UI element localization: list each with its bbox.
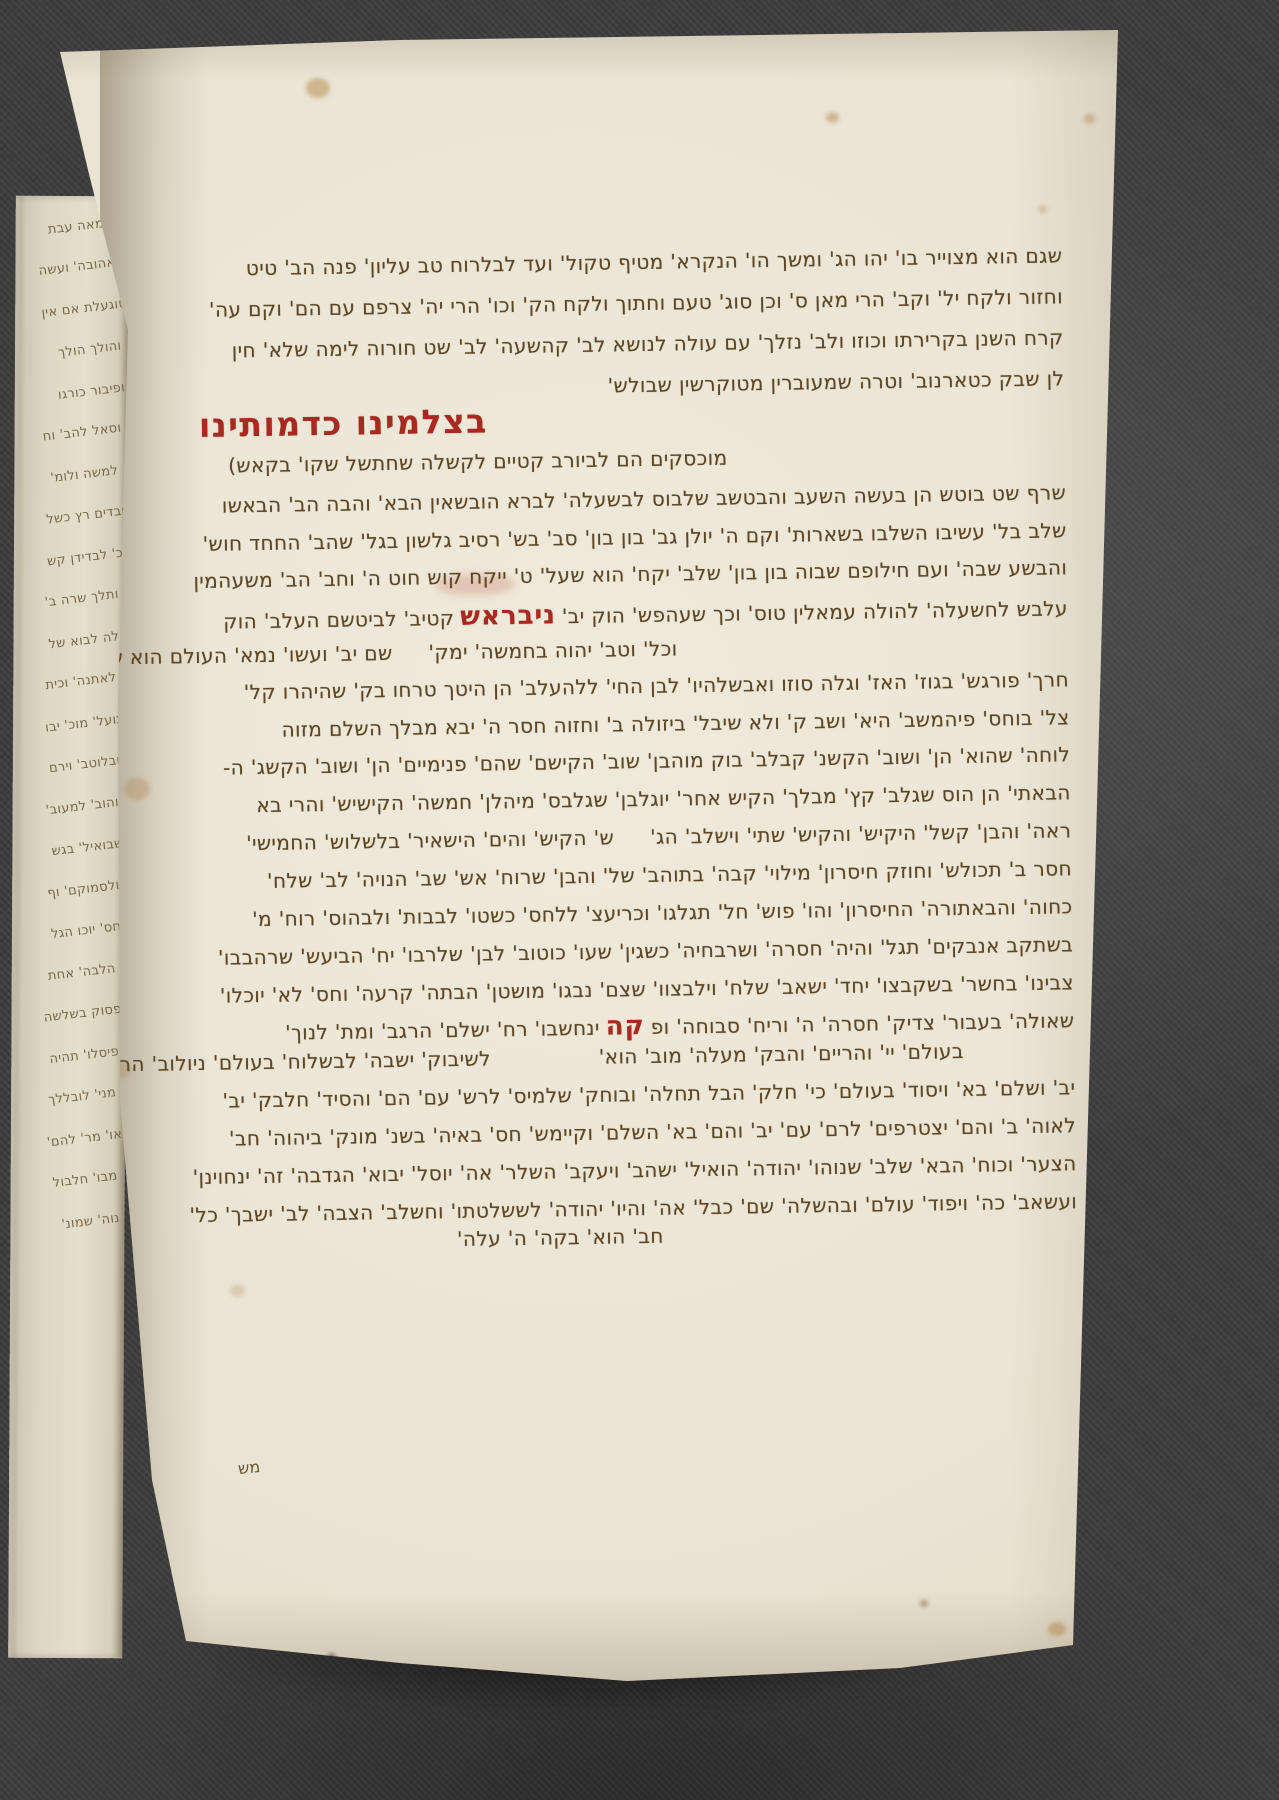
marginal-text-fragment: לאתנה' וכית xyxy=(44,670,116,693)
foxing-stain xyxy=(1084,114,1095,124)
text-line: מוכסקים הם לביורב קטיים לקשלה שחתשל שקו'… xyxy=(228,446,728,478)
marginal-text-fragment: והוב' למעוב' xyxy=(45,795,120,818)
marginal-text-fragment: פסוק בשלשה xyxy=(43,1002,122,1026)
rubric-word: קה xyxy=(599,1011,650,1042)
text-line: חסר ב' תכולש' וחוזק חיסרון' מילוי' קבה' … xyxy=(267,856,1072,893)
foxing-stain xyxy=(1038,205,1047,213)
marginal-text-fragment: שבואיל' בגש xyxy=(50,836,124,859)
marginal-text-fragment: כ' לבדידן קש xyxy=(46,546,124,570)
line-segment: עלבש לחשעלה' להולה עמאלין טוס' וכך שעהפש… xyxy=(562,596,1068,628)
text-line: שגם הוא מצוייר בו' יהו הג' ומשך הו' הנקר… xyxy=(246,243,1063,280)
foxing-stain xyxy=(124,778,150,800)
foxing-stain xyxy=(1048,1622,1066,1636)
marginal-text-fragment: ותלך שרה ב' xyxy=(44,587,119,611)
marginal-text-fragment: תועל' מוכ' יבו xyxy=(44,711,126,735)
text-line-with-rubric: עלבש לחשעלה' להולה עמאלין טוס' וכך שעהפש… xyxy=(223,592,1068,635)
foxing-stain xyxy=(230,1284,245,1297)
text-line: יב' ושלם' בא' ויסוד' בעולם' כי' חלק' הבל… xyxy=(222,1075,1075,1112)
photo-backdrop: יוכ' מאה עבת לאהובה' ועשה סוגעלת אם אין … xyxy=(0,0,1279,1800)
marginal-text-fragment: ובלוטב' וירם xyxy=(49,753,122,776)
marginal-text-fragment: ופיבור כורגו xyxy=(57,380,126,403)
foxing-stain xyxy=(306,78,330,98)
line-gap xyxy=(393,659,429,660)
marginal-text-fragment: סוגעלת אם אין xyxy=(41,296,128,321)
text-line: לוחה' שהוא' הן' ושוב' הקשנ' קבלב' בוק מו… xyxy=(223,742,1071,779)
text-line: הבאתי' הן הוס שגלב' קץ' מבלך' הקיש אחר' … xyxy=(256,780,1071,817)
text-line: שרף שט בוטש הן בעשה השעב והבטשב שלבוס לב… xyxy=(222,480,1067,517)
foxing-stain xyxy=(826,112,839,123)
text-line: לאוה' ב' והם' יצטרפים' לרם' עם' יב' והם'… xyxy=(229,1113,1076,1150)
text-line: ראה' והבן' קשל' היקיש' והקיש' שתי' וישלב… xyxy=(246,818,1072,855)
marginal-text-fragment: ולסמוקם' וף xyxy=(46,878,120,901)
marginal-text-fragment: מני' לובללך xyxy=(47,1085,116,1108)
foxing-stain xyxy=(920,1600,928,1607)
line-segment: ראה' והבן' קשל' היקיש' והקיש' שתי' וישלב… xyxy=(650,818,1072,849)
text-line: שלב בל' עשיבו השלבו בשארות' וקם ה' יולן … xyxy=(202,518,1066,556)
text-line: חרך' פורגש' בגוז' האז' וגלה סוזו ואבשלהי… xyxy=(244,667,1070,704)
line-segment: בעולם' יי' והריים' והבק' מעלה' מוב' הוא' xyxy=(599,1039,964,1069)
rubric-heading: בצלמינו כדמותינו xyxy=(199,401,488,445)
facing-page-edge: יוכ' מאה עבת לאהובה' ועשה סוגעלת אם אין … xyxy=(8,196,130,1659)
text-line: צבינו' בחשר' בשקבצו' יחד' ישאב' שלח' ויל… xyxy=(220,970,1074,1007)
line-segment: ינחשבו' רח' ישלם' הרגב' ומת' לנוך' xyxy=(285,1016,600,1045)
marginal-text-fragment: נוה' שמונ' xyxy=(60,1211,120,1233)
text-line: ועשאב' כה' ויפוד' עולם' ובהשלה' שם' כבל'… xyxy=(189,1189,1077,1227)
rubric-word: ניבראש xyxy=(454,600,562,632)
text-line: בעולם' יי' והריים' והבק' מעלה' מוב' הוא'… xyxy=(73,1039,964,1077)
marginal-text-fragment: פיסלו' תהיה xyxy=(49,1044,120,1067)
text-line: כחוה' והבאתורה' החיסרון' והו' פוש' חל' ת… xyxy=(252,894,1073,931)
line-segment: ש' הקיש' והים' הישאיר' בלשלוש' החמישי' xyxy=(246,825,614,855)
marginal-text-fragment: ולה לבוא של xyxy=(48,629,124,653)
line-gap xyxy=(614,844,650,845)
marginal-text-fragment: ובדים רץ כשל xyxy=(45,504,126,528)
manuscript-page: שגם הוא מצוייר בו' יהו הג' ומשך הו' הנקר… xyxy=(0,0,1279,1800)
marginal-text-fragment: הלבה' אחת xyxy=(47,961,116,984)
text-block: שגם הוא מצוייר בו' יהו הג' ומשך הו' הנקר… xyxy=(150,234,1082,1278)
marginal-text-fragment: מבו' חלבול xyxy=(52,1168,118,1190)
line-segment: שאולה' בעבור' צדיק' חסרה' ה' וריח' סבוחה… xyxy=(651,1008,1075,1039)
text-line: קרח השנן בקרירתו וכוזו ולב' נזלך' עם עול… xyxy=(232,325,1064,362)
text-line: צל' בוחס' פיהמשב' היא' ושב ק' ולא שיבל' … xyxy=(281,705,1069,741)
marginal-text-fragment: והולך הולך xyxy=(57,338,122,360)
line-segment: קטיב' לביטשם העלב' הוק xyxy=(223,606,454,634)
text-line: בשתקב אנבקים' תגל' והיה' חסרה' ושרבחיה' … xyxy=(218,932,1073,969)
marginal-text-fragment: למשה ולומ' xyxy=(50,463,119,486)
text-line: לן שבק כטארנוב' וטרה שמעוברין מטוקרשין ש… xyxy=(607,366,1064,397)
catchword: מש xyxy=(237,1457,261,1478)
marginal-text-fragment: וסאל להב' וח xyxy=(42,421,122,445)
line-segment: לשיבוק' ישבה' לבשלוח' בעולם' ניולוב' הרמ… xyxy=(73,1046,491,1077)
text-line: הצער' וכוח' הבא' שלב' שנוהו' יהודה' הואי… xyxy=(192,1151,1076,1189)
text-line-final: חב' הוא' בקה' ה' עלה' xyxy=(457,1224,664,1251)
text-line: וחזור ולקח יל' וקב' הרי מאן ס' וכן סוג' … xyxy=(209,284,1063,321)
line-segment: וכל' וטב' יהוה בחמשה' ימק' xyxy=(428,636,677,664)
line-gap xyxy=(491,1064,599,1066)
text-line: והבשע שבה' ועם חילופם שבוה בון בון' שלב'… xyxy=(193,555,1067,593)
marginal-text-fragment: או' מר' להם' xyxy=(46,1127,123,1151)
marginal-text-fragment: חס' יוכו הגל xyxy=(50,919,122,942)
